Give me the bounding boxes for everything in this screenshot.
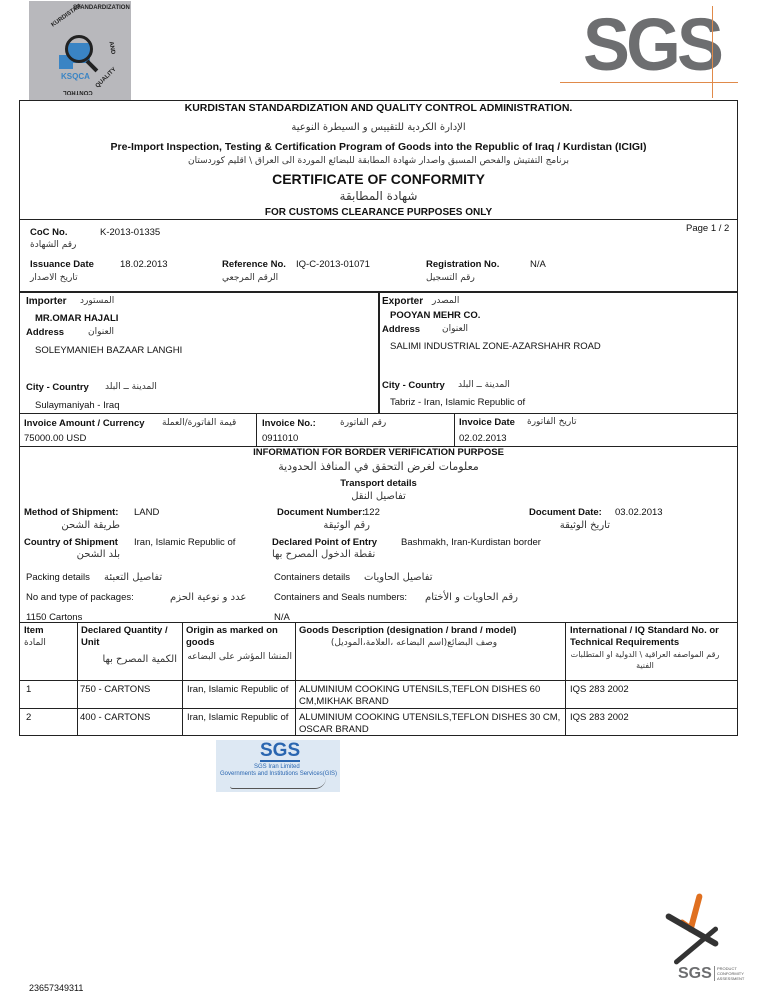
transport-title: Transport details bbox=[19, 478, 738, 489]
org-title-en: KURDISTAN STANDARDIZATION AND QUALITY CO… bbox=[19, 102, 738, 114]
country-label-ar: بلد الشحن bbox=[60, 549, 120, 560]
issuance-label: Issuance Date bbox=[30, 259, 94, 270]
divider bbox=[19, 622, 738, 623]
country-value: Iran, Islamic Republic of bbox=[134, 537, 235, 548]
divider bbox=[19, 680, 738, 681]
pca-logo-text: SGS bbox=[678, 965, 712, 983]
document-date: 03.02.2013 bbox=[615, 507, 663, 518]
importer-city: Sulaymaniyah - Iraq bbox=[35, 400, 119, 411]
registration-label-ar: رقم التسجيل bbox=[426, 273, 506, 283]
invoice-number-label-ar: رقم الفاتورة bbox=[340, 418, 386, 428]
divider bbox=[256, 413, 257, 446]
transport-title-ar: تفاصيل النقل bbox=[19, 491, 738, 502]
packing-label-ar: تفاصيل التعبئة bbox=[104, 572, 162, 583]
importer-label-ar: المستورد bbox=[80, 296, 114, 306]
divider bbox=[295, 622, 296, 735]
sgs-logo-rule-v bbox=[712, 6, 713, 98]
entry-value: Bashmakh, Iran-Kurdistan border bbox=[401, 537, 541, 548]
exporter-city: Tabriz - Iran, Islamic Republic of bbox=[390, 397, 525, 408]
sgs-pca-logo: SGS PRODUCT CONFORMITY ASSESSMENT bbox=[648, 893, 758, 983]
invoice-date-label-ar: تاريخ الفاتورة bbox=[527, 417, 577, 427]
method-value: LAND bbox=[134, 507, 159, 518]
importer-city-label-ar: المدينة ــ البلد bbox=[105, 382, 157, 392]
header-standard: International / IQ Standard No. or Techn… bbox=[570, 625, 735, 649]
invoice-date-label: Invoice Date bbox=[459, 417, 515, 428]
sgs-logo: SGS bbox=[583, 8, 720, 82]
registration-label: Registration No. bbox=[426, 259, 499, 270]
header-description: Goods Description (designation / brand /… bbox=[299, 625, 563, 636]
divider bbox=[182, 622, 183, 735]
cell-standard: IQS 283 2002 bbox=[570, 712, 629, 723]
cell-origin: Iran, Islamic Republic of bbox=[187, 712, 291, 724]
divider bbox=[378, 291, 380, 413]
header-origin-ar: المنشا المؤشر على البضاعه bbox=[186, 652, 292, 662]
cell-description: ALUMINIUM COOKING UTENSILS,TEFLON DISHES… bbox=[299, 684, 563, 708]
invoice-amount-label-ar: قيمة الفاتورة/العملة bbox=[162, 418, 236, 428]
frame-top bbox=[19, 100, 738, 101]
importer-address: SOLEYMANIEH BAZAAR LANGHI bbox=[35, 345, 182, 356]
importer-name: MR.OMAR HAJALI bbox=[35, 313, 118, 324]
containers-label-ar: تفاصيل الحاويات bbox=[364, 572, 433, 583]
barcode-number: 23657349311 bbox=[29, 983, 83, 993]
program-title-en: Pre-Import Inspection, Testing & Certifi… bbox=[19, 141, 738, 153]
reference-label: Reference No. bbox=[222, 259, 286, 270]
reference-label-ar: الرقم المرجعي bbox=[222, 273, 302, 283]
header-standard-ar: رقم المواصفه العراقية \ الدولية او المتط… bbox=[570, 649, 720, 671]
invoice-number-label: Invoice No.: bbox=[262, 418, 316, 429]
header-description-ar: وصف البضائع(اسم البضاعه ،العلامة،الموديل… bbox=[299, 638, 529, 648]
document-number-label: Document Number: bbox=[277, 507, 365, 518]
divider bbox=[454, 413, 455, 446]
header-quantity: Declared Quantity / Unit bbox=[81, 625, 181, 649]
cell-description: ALUMINIUM COOKING UTENSILS,TEFLON DISHES… bbox=[299, 712, 563, 736]
cell-standard: IQS 283 2002 bbox=[570, 684, 629, 695]
document-number: 122 bbox=[364, 507, 380, 518]
exporter-label: Exporter bbox=[382, 296, 423, 307]
program-title-ar: برنامج التفتيش والفحص المسبق واصدار شهاد… bbox=[19, 156, 738, 166]
purpose-note: FOR CUSTOMS CLEARANCE PURPOSES ONLY bbox=[19, 207, 738, 218]
document-date-label-ar: تاريخ الوثيقة bbox=[540, 520, 610, 531]
stamp-line2: Governments and Institutions Services(GI… bbox=[220, 771, 337, 777]
packages-label-ar: عدد و نوعية الحزم bbox=[170, 592, 246, 603]
exporter-name: POOYAN MEHR CO. bbox=[390, 310, 480, 321]
cell-quantity: 750 - CARTONS bbox=[80, 684, 150, 695]
exporter-city-label: City - Country bbox=[382, 380, 445, 391]
header-origin: Origin as marked on goods bbox=[186, 625, 292, 649]
exporter-label-ar: المصدر bbox=[432, 296, 459, 306]
method-label-ar: طريقة الشحن bbox=[60, 520, 120, 531]
seals-label-ar: رقم الحاويات و الأختام bbox=[425, 592, 518, 603]
exporter-address: SALIMI INDUSTRIAL ZONE-AZARSHAHR ROAD bbox=[390, 341, 601, 352]
importer-label: Importer bbox=[26, 296, 67, 307]
ksqca-logo: KURDISTAN STANDARDIZATION AND QUALITY CO… bbox=[29, 1, 131, 101]
stamp-logo: SGS bbox=[260, 741, 300, 762]
exporter-address-label: Address bbox=[382, 324, 420, 335]
invoice-date: 02.02.2013 bbox=[459, 433, 507, 444]
coc-label-ar: رقم الشهادة bbox=[30, 240, 90, 250]
border-section-title-ar: معلومات لغرض التحقق في المنافذ الحدودية bbox=[19, 460, 738, 473]
header-item: Item bbox=[24, 625, 44, 636]
header-item-ar: المادة bbox=[24, 638, 54, 648]
entry-label: Declared Point of Entry bbox=[272, 537, 377, 548]
coc-value: K-2013-01335 bbox=[100, 227, 160, 238]
entry-label-ar: نقطة الدخول المصرح بها bbox=[272, 549, 402, 560]
cell-item: 1 bbox=[26, 684, 31, 695]
country-label: Country of Shipment bbox=[24, 537, 118, 548]
coc-label: CoC No. bbox=[30, 227, 67, 238]
org-title-ar: الإدارة الكردية للتقييس و السيطرة النوعي… bbox=[19, 122, 738, 133]
importer-address-label: Address bbox=[26, 327, 64, 338]
invoice-amount: 75000.00 USD bbox=[24, 433, 86, 444]
pca-logo-subtext: PRODUCT CONFORMITY ASSESSMENT bbox=[714, 966, 747, 981]
seals-label: Containers and Seals numbers: bbox=[274, 592, 407, 603]
cell-item: 2 bbox=[26, 712, 31, 723]
reference-value: IQ-C-2013-01071 bbox=[296, 259, 370, 270]
signature bbox=[230, 778, 326, 789]
certificate-title: CERTIFICATE OF CONFORMITY bbox=[19, 171, 738, 187]
border-section-title: INFORMATION FOR BORDER VERIFICATION PURP… bbox=[19, 447, 738, 458]
cell-origin: Iran, Islamic Republic of bbox=[187, 684, 291, 696]
page-indicator: Page 1 / 2 bbox=[686, 223, 729, 234]
divider bbox=[19, 413, 738, 414]
document-number-label-ar: رقم الوثيقة bbox=[310, 520, 370, 531]
divider bbox=[565, 622, 566, 735]
issuance-value: 18.02.2013 bbox=[120, 259, 168, 270]
packages-label: No and type of packages: bbox=[26, 592, 134, 603]
header-quantity-ar: الكمية المصرح بها bbox=[81, 654, 177, 665]
method-label: Method of Shipment: bbox=[24, 507, 118, 518]
issuance-label-ar: تاريخ الاصدار bbox=[30, 273, 110, 283]
registration-value: N/A bbox=[530, 259, 546, 270]
sgs-stamp: SGS SGS Iran Limited Governments and Ins… bbox=[216, 740, 340, 792]
exporter-address-label-ar: العنوان bbox=[442, 324, 468, 334]
invoice-amount-label: Invoice Amount / Currency bbox=[24, 418, 145, 429]
importer-city-label: City - Country bbox=[26, 382, 89, 393]
ksqca-abbr: KSQCA bbox=[61, 72, 90, 81]
stamp-line1: SGS Iran Limited bbox=[254, 764, 300, 770]
magnifier-icon bbox=[65, 35, 93, 63]
invoice-number: 0911010 bbox=[262, 433, 298, 444]
containers-label: Containers details bbox=[274, 572, 350, 583]
packing-label: Packing details bbox=[26, 572, 90, 583]
cell-quantity: 400 - CARTONS bbox=[80, 712, 150, 723]
importer-address-label-ar: العنوان bbox=[88, 327, 114, 337]
exporter-city-label-ar: المدينة ــ البلد bbox=[458, 380, 510, 390]
certificate-title-ar: شهادة المطابقة bbox=[19, 189, 738, 203]
divider bbox=[77, 622, 78, 735]
divider bbox=[19, 708, 738, 709]
document-date-label: Document Date: bbox=[529, 507, 602, 518]
divider bbox=[19, 219, 738, 220]
